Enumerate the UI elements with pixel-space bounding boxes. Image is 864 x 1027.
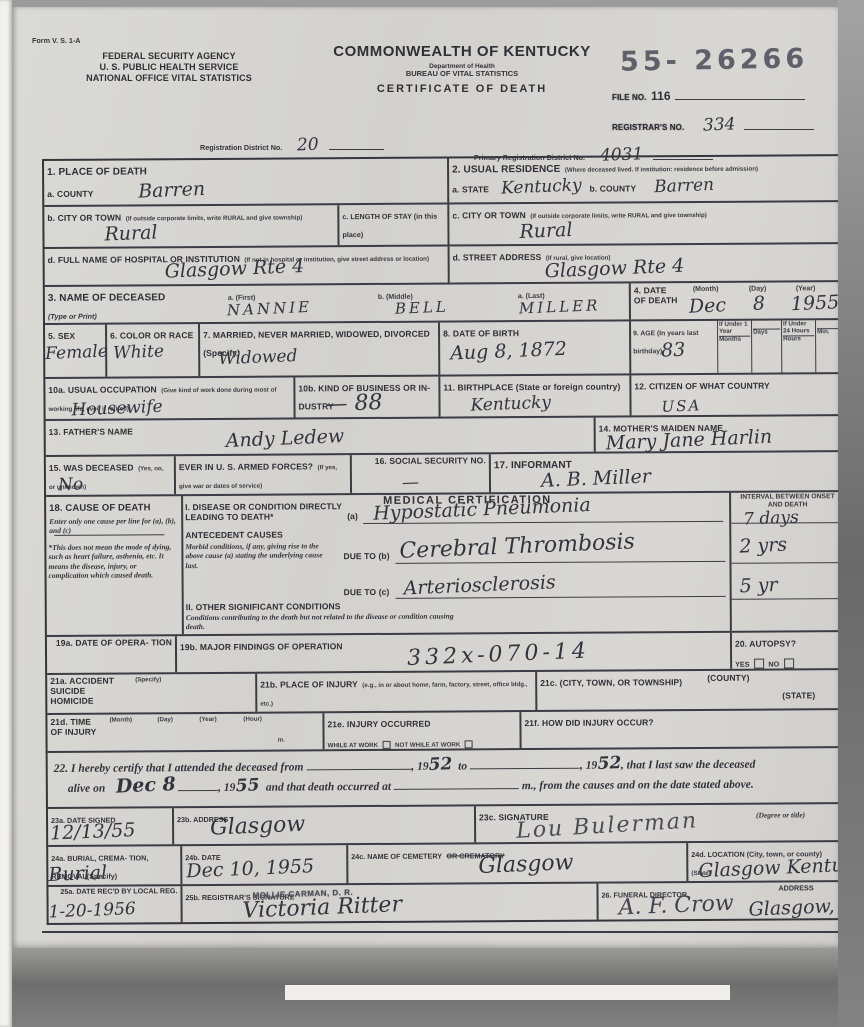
field-major-findings: 19b. MAJOR FINDINGS OF OPERATION 332x-07…: [177, 633, 732, 672]
first-name-value: NANNIE: [227, 298, 313, 319]
date-of-death-label: 4. DATE OF DEATH: [634, 285, 680, 306]
usual-residence-title: 2. USUAL RESIDENCE: [452, 164, 560, 176]
cause-note-2: *This does not mean the mode of dying, s…: [48, 542, 176, 580]
registration-district-line: Registration District No. 20: [200, 135, 384, 155]
agency-line-1: FEDERAL SECURITY AGENCY: [34, 51, 304, 62]
row-registrar: 25a. DATE REC'D BY LOCAL REG. 1-20-1956 …: [48, 882, 838, 923]
armed-forces-value: No: [58, 474, 84, 495]
field-occupation: 10a. USUAL OCCUPATION (Give kind of work…: [45, 377, 295, 419]
street-label: d. STREET ADDRESS: [453, 252, 542, 263]
ssn-label: 16. SOCIAL SECURITY NO.: [355, 455, 486, 466]
color-race-value: White: [113, 341, 165, 363]
accident-note: (Specify): [135, 677, 161, 684]
cause-c-prefix: DUE TO (c): [344, 587, 390, 597]
armed-forces-label1: 15. WAS DECEASED: [49, 462, 134, 473]
funeral-director-value: A. F. Crow: [618, 891, 734, 921]
city-label: b. CITY OR TOWN: [47, 213, 121, 223]
scan-top-band: [12, 0, 864, 7]
field-physician-signature: 23c. SIGNATURE (Degree or title) Lou Bul…: [476, 804, 838, 842]
row-occupation: 10a. USUAL OCCUPATION (Give kind of work…: [45, 374, 838, 421]
time-injury-day: (Day): [157, 717, 173, 724]
row-time-of-injury: 21d. TIME OF INJURY (Month) (Day) (Year)…: [47, 710, 838, 753]
residence-city-value: Rural: [519, 219, 573, 243]
field-date-of-death: 4. DATE OF DEATH (Month) (Day) (Year) De…: [631, 282, 838, 319]
field-mother: 14. MOTHER'S MAIDEN NAME Mary Jane Harli…: [596, 416, 838, 452]
while-at-work-label: WHILE AT WORK: [328, 742, 379, 749]
time-injury-label: 21d. TIME OF INJURY: [50, 717, 96, 738]
last-name-value: MILLER: [519, 296, 601, 317]
cert-p3: and that death occurred at: [266, 781, 391, 794]
row-burial: 24a. BURIAL, CREMA- TION, REMOVAL(Specif…: [48, 842, 838, 887]
age-hours-label: Hours: [783, 335, 814, 343]
agency-line-2: U. S. PUBLIC HEALTH SERVICE: [34, 62, 304, 73]
street-value: Glasgow Rte 4: [544, 255, 684, 283]
field-autopsy: 20. AUTOPSY? YES NO: [732, 632, 838, 669]
field-cemetery: 24c. NAME OF CEMETERY OR CREMATORY Glasg…: [348, 843, 688, 883]
row-certification: 22. I hereby certify that I attended the…: [48, 748, 838, 809]
form-number: Form V. S. 1-A: [32, 37, 80, 45]
row-cause-of-death: 18. CAUSE OF DEATH Enter only one cause …: [46, 492, 838, 637]
time-injury-hour: (Hour): [243, 717, 262, 724]
page-title: COMMONWEALTH OF KENTUCKY: [307, 43, 617, 61]
field-hospital: d. FULL NAME OF HOSPITAL OR INSTITUTION …: [45, 247, 450, 285]
dod-month-label: (Month): [693, 286, 719, 294]
cert-alive: alive on: [68, 783, 105, 795]
time-injury-year: (Year): [199, 717, 216, 724]
injury-state-label: (STATE): [782, 690, 815, 700]
place-of-death-title: 1. PLACE OF DEATH: [47, 166, 147, 178]
cert-year1-value: 52: [428, 754, 452, 775]
other-conditions-label: II. OTHER SIGNIFICANT CONDITIONS: [186, 601, 341, 612]
field-medical-certification: MEDICAL CERTIFICATION I. DISEASE OR COND…: [183, 493, 732, 634]
interval-c-value: 5 yr: [739, 574, 778, 598]
field-first-name: a. (First) NANNIE: [225, 285, 375, 322]
length-of-stay-label: c. LENGTH OF STAY (in this place): [342, 212, 437, 240]
disease-condition-label: I. DISEASE OR CONDITION DIRECTLY LEADING…: [185, 501, 345, 522]
field-time-of-injury: 21d. TIME OF INJURY (Month) (Day) (Year)…: [47, 713, 324, 751]
residence-county-value: Barren: [654, 175, 715, 197]
time-injury-m: m.: [278, 738, 285, 745]
field-signer-address: 23b. ADDRESS Glasgow: [174, 806, 476, 844]
registrar-no-value: 334: [702, 114, 735, 135]
field-interval: INTERVAL BETWEEN ONSET AND DEATH 7 days …: [731, 492, 838, 631]
dod-month-value: Dec: [688, 294, 726, 318]
cemetery-label: 24c. NAME OF CEMETERY: [351, 852, 442, 862]
field-date-of-operation: 19a. DATE OF OPERA- TION: [47, 636, 177, 673]
dod-day-value: 8: [752, 292, 765, 314]
age-under1yr-label: If Under 1 Year: [719, 322, 750, 336]
field-age: 9. AGE (In years last birthday) 83 If Un…: [631, 320, 838, 373]
row-signature: 23a. DATE SIGNED 12/13/55 23b. ADDRESS G…: [48, 804, 838, 847]
field-date-of-birth: 8. DATE OF BIRTH Aug 8, 1872: [440, 321, 631, 374]
row-parents: 13. FATHER'S NAME Andy Ledew 14. MOTHER'…: [46, 416, 838, 457]
scan-right-band: [838, 0, 864, 1027]
row-place-residence: 1. PLACE OF DEATH a. COUNTY Barren 2. US…: [44, 156, 838, 207]
registrar-signature-value: Victoria Ritter: [242, 892, 402, 924]
how-injury-label: 21f. HOW DID INJURY OCCUR?: [524, 717, 653, 728]
father-label: 13. FATHER'S NAME: [49, 426, 133, 437]
scan-bottom-strip: [285, 985, 730, 1000]
informant-value: A. B. Miller: [541, 465, 652, 491]
reg-district-label: Registration District No.: [200, 143, 282, 152]
cert-year3-value: 55: [236, 775, 260, 796]
field-certification-statement: 22. I hereby certify that I attended the…: [48, 748, 838, 807]
field-business: 10b. KIND OF BUSINESS OR IN- DUSTRY — 88: [295, 377, 440, 418]
sex-value: Female: [45, 342, 108, 365]
sex-label: 5. SEX: [48, 331, 75, 341]
registrar-no-label: REGISTRAR'S NO.: [612, 123, 684, 132]
field-funeral-director: 26. FUNERAL DIRECTOR ADDRESS A. F. Crow …: [598, 882, 838, 920]
date-received-label: 25a. DATE REC'D BY LOCAL REG.: [51, 887, 177, 896]
usual-residence-note: (Where deceased lived. If institution: r…: [565, 166, 758, 174]
cert-blank-4: [394, 778, 519, 790]
row-accident: 21a. ACCIDENT SUICIDE HOMICIDE (Specify)…: [47, 670, 838, 715]
not-while-at-work-checkbox: [465, 740, 473, 748]
scan-left-edge: [0, 0, 12, 1027]
state-value: Kentucky: [501, 175, 582, 198]
marital-value: Widowed: [218, 346, 298, 369]
cemetery-value: Glasgow: [478, 850, 574, 879]
bureau-line: BUREAU OF VITAL STATISTICS: [307, 70, 617, 79]
signer-address-value: Glasgow: [210, 812, 306, 841]
age-months-label: Months: [719, 336, 750, 344]
field-accident: 21a. ACCIDENT SUICIDE HOMICIDE (Specify): [47, 674, 257, 713]
field-how-injury: 21f. HOW DID INJURY OCCUR?: [521, 710, 838, 748]
field-injury-occurred: 21e. INJURY OCCURRED WHILE AT WORK NOT W…: [324, 712, 521, 749]
citizen-label: 12. CITIZEN OF WHAT COUNTRY: [634, 381, 769, 392]
county-label: a. COUNTY: [47, 189, 93, 199]
ssn-value: —: [402, 472, 420, 493]
title-block: COMMONWEALTH OF KENTUCKY Department of H…: [307, 43, 617, 96]
row-sex-race-age: 5. SEX Female 6. COLOR OR RACE White 7. …: [45, 320, 838, 379]
field-date-signed: 23a. DATE SIGNED 12/13/55: [48, 808, 174, 845]
injury-occurred-label: 21e. INJURY OCCURRED: [327, 719, 430, 730]
dod-year-value: 1955: [790, 291, 838, 315]
cause-note-1: Enter only one cause per line for (a), (…: [49, 516, 178, 536]
interval-rule-b: [731, 562, 838, 564]
field-name-of-deceased: 3. NAME OF DECEASED (Type or Print): [45, 286, 225, 323]
interval-b-value: 2 yrs: [739, 534, 788, 558]
cert-blank-1: [306, 759, 411, 771]
field-city-of-death: b. CITY OR TOWN (If outside corporate li…: [44, 205, 339, 247]
row-hospital-street: d. FULL NAME OF HOSPITAL OR INSTITUTION …: [45, 244, 838, 287]
name-sub: (Type or Print): [48, 312, 97, 321]
field-cemetery-location: 24d. LOCATION (City, town, or county) (S…: [688, 842, 838, 881]
field-was-deceased: 15. WAS DECEASED (Yes, no, or unknown) N…: [46, 456, 176, 495]
degree-title-label: (Degree or title): [756, 810, 805, 820]
field-father: 13. FATHER'S NAME Andy Ledew: [46, 418, 596, 455]
field-color-race: 6. COLOR OR RACE White: [107, 324, 200, 377]
sidebar-rule: [54, 534, 164, 536]
while-at-work-checkbox: [383, 741, 391, 749]
age-min-label: Min.: [817, 328, 838, 336]
field-sex: 5. SEX Female: [45, 325, 107, 377]
interval-header: INTERVAL BETWEEN ONSET AND DEATH: [734, 493, 838, 509]
father-value: Andy Ledew: [225, 425, 344, 452]
not-while-at-work-label: NOT WHILE AT WORK: [395, 741, 460, 748]
field-ssn: 16. SOCIAL SECURITY NO. —: [352, 454, 491, 493]
agency-line-3: NATIONAL OFFICE VITAL STATISTICS: [34, 73, 304, 84]
cert-blank-3: [178, 780, 218, 791]
autopsy-yes-checkbox: [754, 659, 764, 669]
age-subboxes: If Under 1 Year Months Days If Under 24 …: [717, 320, 838, 373]
dob-label: 8. DATE OF BIRTH: [443, 328, 519, 338]
field-date-received: 25a. DATE REC'D BY LOCAL REG. 1-20-1956: [48, 886, 182, 923]
file-no-value: 116: [651, 89, 671, 103]
interval-rule-c: [732, 598, 838, 600]
date-received-value: 1-20-1956: [48, 899, 136, 923]
autopsy-label: 20. AUTOPSY?: [735, 638, 796, 648]
certificate-number-stamp: 55- 26266: [620, 43, 809, 77]
row-operation: 19a. DATE OF OPERA- TION 19b. MAJOR FIND…: [47, 632, 838, 675]
cert-p2: , that I last saw the deceased: [621, 759, 756, 772]
age-value: 83: [661, 339, 686, 362]
field-burial: 24a. BURIAL, CREMA- TION, REMOVAL(Specif…: [48, 846, 182, 885]
burial-date-value: Dec 10, 1955: [186, 855, 315, 882]
date-operation-label: 19a. DATE OF OPERA- TION: [50, 637, 172, 648]
field-informant: 17. INFORMANT A. B. Miller: [491, 452, 838, 492]
certificate-paper: Form V. S. 1-A FEDERAL SECURITY AGENCY U…: [12, 7, 838, 948]
age-days-label: Days: [753, 328, 780, 336]
business-value: — 88: [325, 390, 383, 417]
form-bottom-rule: [42, 931, 838, 933]
field-cause-sidebar: 18. CAUSE OF DEATH Enter only one cause …: [46, 496, 184, 635]
major-findings-label: 19b. MAJOR FINDINGS OF OPERATION: [180, 641, 343, 652]
date-signed-value: 12/13/55: [50, 819, 136, 844]
row-name-dod: 3. NAME OF DECEASED (Type or Print) a. (…: [45, 282, 838, 325]
accident-label: 21a. ACCIDENT SUICIDE HOMICIDE: [50, 676, 120, 707]
cause-b-value: Cerebral Thrombosis: [399, 529, 635, 564]
field-marital-status: 7. MARRIED, NEVER MARRIED, WIDOWED, DIVO…: [200, 323, 440, 376]
citizen-value: USA: [661, 396, 701, 416]
agency-block: FEDERAL SECURITY AGENCY U. S. PUBLIC HEA…: [34, 51, 304, 83]
cert-year2-value: 52: [597, 753, 621, 774]
injury-county-label: (COUNTY): [707, 673, 749, 683]
cause-a-prefix: (a): [347, 511, 358, 521]
age-under24h-label: If Under 24 Hours: [783, 321, 814, 335]
field-registrar-signature: 25b. REGISTRAR'S SIGNATURE MOLLIE CARMAN…: [182, 884, 598, 923]
major-findings-value: 332x-070-14: [407, 638, 591, 670]
place-injury-label: 21b. PLACE OF INJURY: [260, 679, 358, 690]
cert-p4: m., from the causes and on the date stat…: [522, 779, 754, 792]
interval-a-value: 7 days: [743, 507, 799, 529]
field-armed-forces-2: EVER IN U. S. ARMED FORCES? (If yes, giv…: [176, 455, 352, 494]
field-street-address: d. STREET ADDRESS (If rural, give locati…: [450, 244, 838, 282]
cert-blank-2: [470, 758, 580, 770]
funeral-address-label: ADDRESS: [778, 884, 813, 892]
field-length-of-stay: c. LENGTH OF STAY (in this place): [339, 205, 449, 246]
registrar-no-rule: [744, 119, 814, 130]
cause-c-value: Arteriosclerosis: [403, 571, 556, 599]
occupation-label: 10a. USUAL OCCUPATION: [48, 384, 156, 395]
color-race-label: 6. COLOR OR RACE: [110, 330, 193, 341]
file-no-line: FILE NO. 116: [612, 87, 838, 105]
field-birthplace: 11. BIRTHPLACE (State or foreign country…: [440, 375, 631, 416]
certificate-form: 1. PLACE OF DEATH a. COUNTY Barren 2. US…: [42, 154, 838, 925]
file-no-label: FILE NO.: [612, 93, 647, 102]
cert-19a: , 19: [411, 761, 428, 773]
autopsy-yes-label: YES: [735, 660, 749, 669]
autopsy-no-checkbox: [784, 658, 794, 668]
name-title: 3. NAME OF DECEASED: [48, 292, 166, 304]
cause-of-death-label: 18. CAUSE OF DEATH: [49, 502, 150, 514]
antecedent-title: ANTECEDENT CAUSES: [185, 530, 283, 541]
other-conditions-note: Conditions contributing to the death but…: [186, 611, 466, 631]
funeral-address-value: Glasgow, Ky: [748, 894, 838, 921]
state-label: a. STATE: [452, 184, 489, 194]
autopsy-no-label: NO: [768, 660, 779, 669]
reg-district-rule: [329, 139, 384, 150]
scanned-death-certificate: Form V. S. 1-A FEDERAL SECURITY AGENCY U…: [0, 0, 864, 1027]
time-injury-month: (Month): [109, 717, 132, 724]
occupation-value: Housewife: [71, 397, 163, 421]
cert-alive-date: Dec 8: [116, 773, 177, 797]
reg-district-value: 20: [296, 135, 318, 156]
armed-forces-label2: EVER IN U. S. ARMED FORCES?: [179, 461, 313, 472]
certificate-title: CERTIFICATE OF DEATH: [307, 83, 617, 96]
hospital-value: Glasgow Rte 4: [164, 255, 304, 283]
field-citizen: 12. CITIZEN OF WHAT COUNTRY USA: [631, 374, 838, 415]
cert-p1: 22. I hereby certify that I attended the…: [54, 761, 304, 775]
field-residence-city: c. CITY OR TOWN (If outside corporate li…: [449, 202, 838, 244]
row-city: b. CITY OR TOWN (If outside corporate li…: [44, 202, 838, 249]
field-place-of-injury: 21b. PLACE OF INJURY (e.g., in or about …: [257, 672, 537, 712]
cert-to: to: [458, 760, 467, 772]
field-place-of-death-county: 1. PLACE OF DEATH a. COUNTY Barren: [44, 159, 449, 205]
burial-value: Burial: [48, 862, 108, 886]
file-no-rule: [675, 89, 805, 100]
registrar-no-line: REGISTRAR'S NO. 334: [612, 115, 838, 135]
field-usual-residence: 2. USUAL RESIDENCE (Where deceased lived…: [449, 156, 838, 202]
city-value: Rural: [104, 221, 158, 245]
field-burial-date: 24b. DATE Dec 10, 1955: [182, 845, 348, 884]
residence-city-label: c. CITY OR TOWN: [452, 210, 526, 220]
cause-b-prefix: DUE TO (b): [343, 551, 389, 561]
field-middle-name: b. (Middle) BELL: [375, 284, 515, 321]
county-value: Barren: [137, 178, 205, 203]
field-last-name: a. (Last) MILLER: [515, 283, 631, 320]
row-armed-forces: 15. WAS DECEASED (Yes, no, or unknown) N…: [46, 452, 838, 497]
injury-city-label: 21c. (CITY, TOWN, OR TOWNSHIP): [540, 677, 682, 688]
residence-county-label: b. COUNTY: [589, 183, 636, 193]
birthplace-value: Kentucky: [470, 392, 551, 415]
birthplace-label: 11. BIRTHPLACE (State or foreign country…: [443, 381, 620, 392]
middle-name-value: BELL: [395, 298, 450, 318]
dob-value: Aug 8, 1872: [450, 338, 567, 365]
cert-19c: , 19: [218, 782, 235, 794]
cert-19b: , 19: [580, 760, 597, 772]
antecedent-note: Morbid conditions, if any, giving rise t…: [185, 541, 333, 570]
field-injury-city: 21c. (CITY, TOWN, OR TOWNSHIP) (COUNTY) …: [537, 670, 838, 710]
